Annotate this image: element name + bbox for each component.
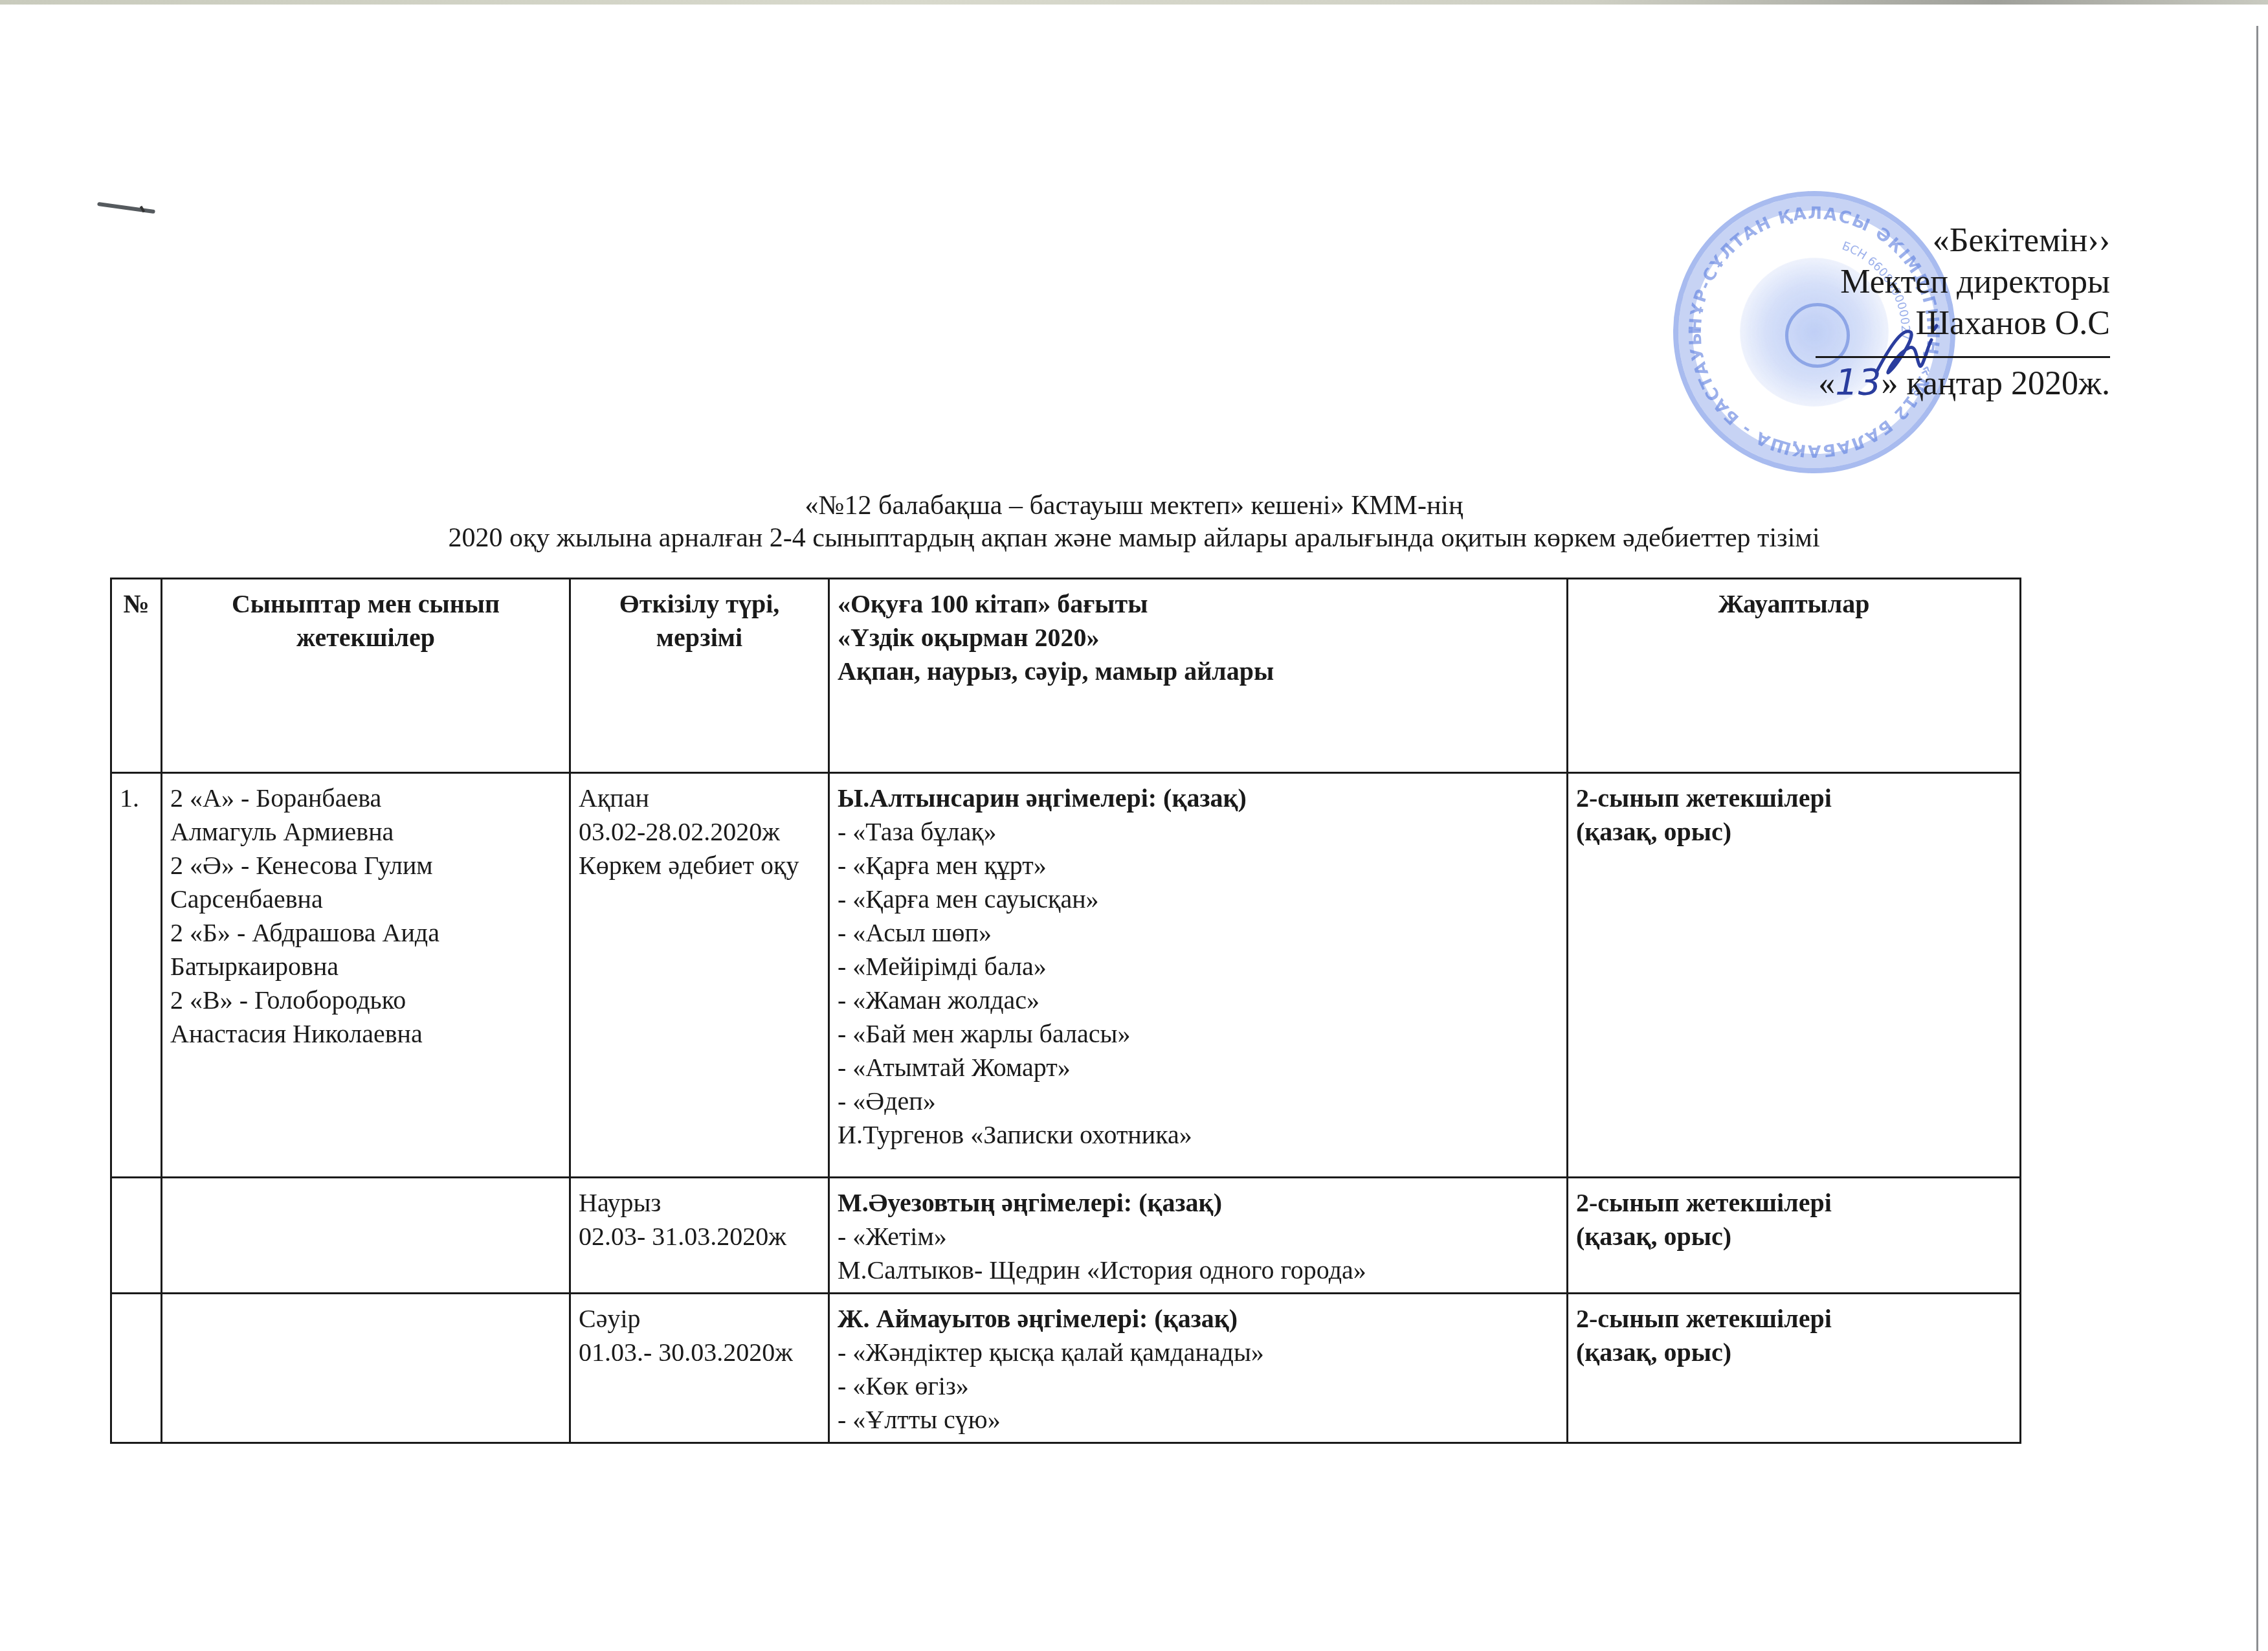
approver-name: Шаханов О.С: [1748, 303, 2110, 344]
row-period: Наурыз 02.03- 31.03.2020ж: [570, 1178, 829, 1294]
approval-date-day: 13: [1835, 361, 1881, 403]
signature-line: [1816, 356, 2110, 358]
row-responsible: 2-сынып жетекшілері (қазақ, орыс): [1568, 1294, 2021, 1443]
books-heading: Ы.Алтынсарин әңгімелері: (қазақ): [838, 781, 1559, 815]
row-books: М.Әуезовтың әңгімелері: (қазақ) - «Жетім…: [829, 1178, 1568, 1294]
approver-position: Мектеп директоры: [1748, 262, 2110, 303]
books-heading: Ж. Аймауытов әңгімелері: (қазақ): [838, 1302, 1559, 1336]
row-number: [111, 1178, 162, 1294]
table-header-row: № Сыныптар мен сынып жетекшілер Өткізілу…: [111, 579, 2021, 773]
row-classes: [162, 1178, 570, 1294]
approval-date: «13» қаңтар 2020ж.: [1748, 362, 2110, 405]
approval-label: «Бекітемін››: [1748, 220, 2110, 262]
approval-block: «Бекітемін›› Мектеп директоры Шаханов О.…: [1748, 220, 2110, 405]
row-number: [111, 1294, 162, 1443]
row-classes: [162, 1294, 570, 1443]
header-books: «Оқуға 100 кітап» бағыты «Үздік оқырман …: [829, 579, 1568, 773]
row-books: Ж. Аймауытов әңгімелері: (қазақ) - «Жәнд…: [829, 1294, 1568, 1443]
table-row: Сәуір 01.03.- 30.03.2020ж Ж. Аймауытов ә…: [111, 1294, 2021, 1443]
reading-plan-table: № Сыныптар мен сынып жетекшілер Өткізілу…: [110, 578, 2021, 1444]
row-number: 1.: [111, 773, 162, 1178]
pen-mark: [97, 202, 155, 214]
header-responsible: Жауаптылар: [1568, 579, 2021, 773]
header-classes: Сыныптар мен сынып жетекшілер: [162, 579, 570, 773]
row-classes: 2 «А» - Боранбаева Алмагуль Армиевна 2 «…: [162, 773, 570, 1178]
document-title-line-1: «№12 балабақша – бастауыш мектеп» кешені…: [0, 489, 2268, 522]
books-heading: М.Әуезовтың әңгімелері: (қазақ): [838, 1186, 1559, 1220]
row-responsible: 2-сынып жетекшілері (қазақ, орыс): [1568, 773, 2021, 1178]
scan-edge-right: [2256, 26, 2258, 1651]
header-number: №: [111, 579, 162, 773]
scan-edge-top: [0, 0, 2268, 5]
table-row: 1. 2 «А» - Боранбаева Алмагуль Армиевна …: [111, 773, 2021, 1178]
row-period: Ақпан 03.02-28.02.2020ж Көркем әдебиет о…: [570, 773, 829, 1178]
header-period: Өткізілу түрі, мерзімі: [570, 579, 829, 773]
row-books: Ы.Алтынсарин әңгімелері: (қазақ) - «Таза…: [829, 773, 1568, 1178]
row-period: Сәуір 01.03.- 30.03.2020ж: [570, 1294, 829, 1443]
row-responsible: 2-сынып жетекшілері (қазақ, орыс): [1568, 1178, 2021, 1294]
table-row: Наурыз 02.03- 31.03.2020ж М.Әуезовтың әң…: [111, 1178, 2021, 1294]
document-title-line-2: 2020 оқу жылына арналған 2-4 сыныптардың…: [0, 521, 2268, 555]
